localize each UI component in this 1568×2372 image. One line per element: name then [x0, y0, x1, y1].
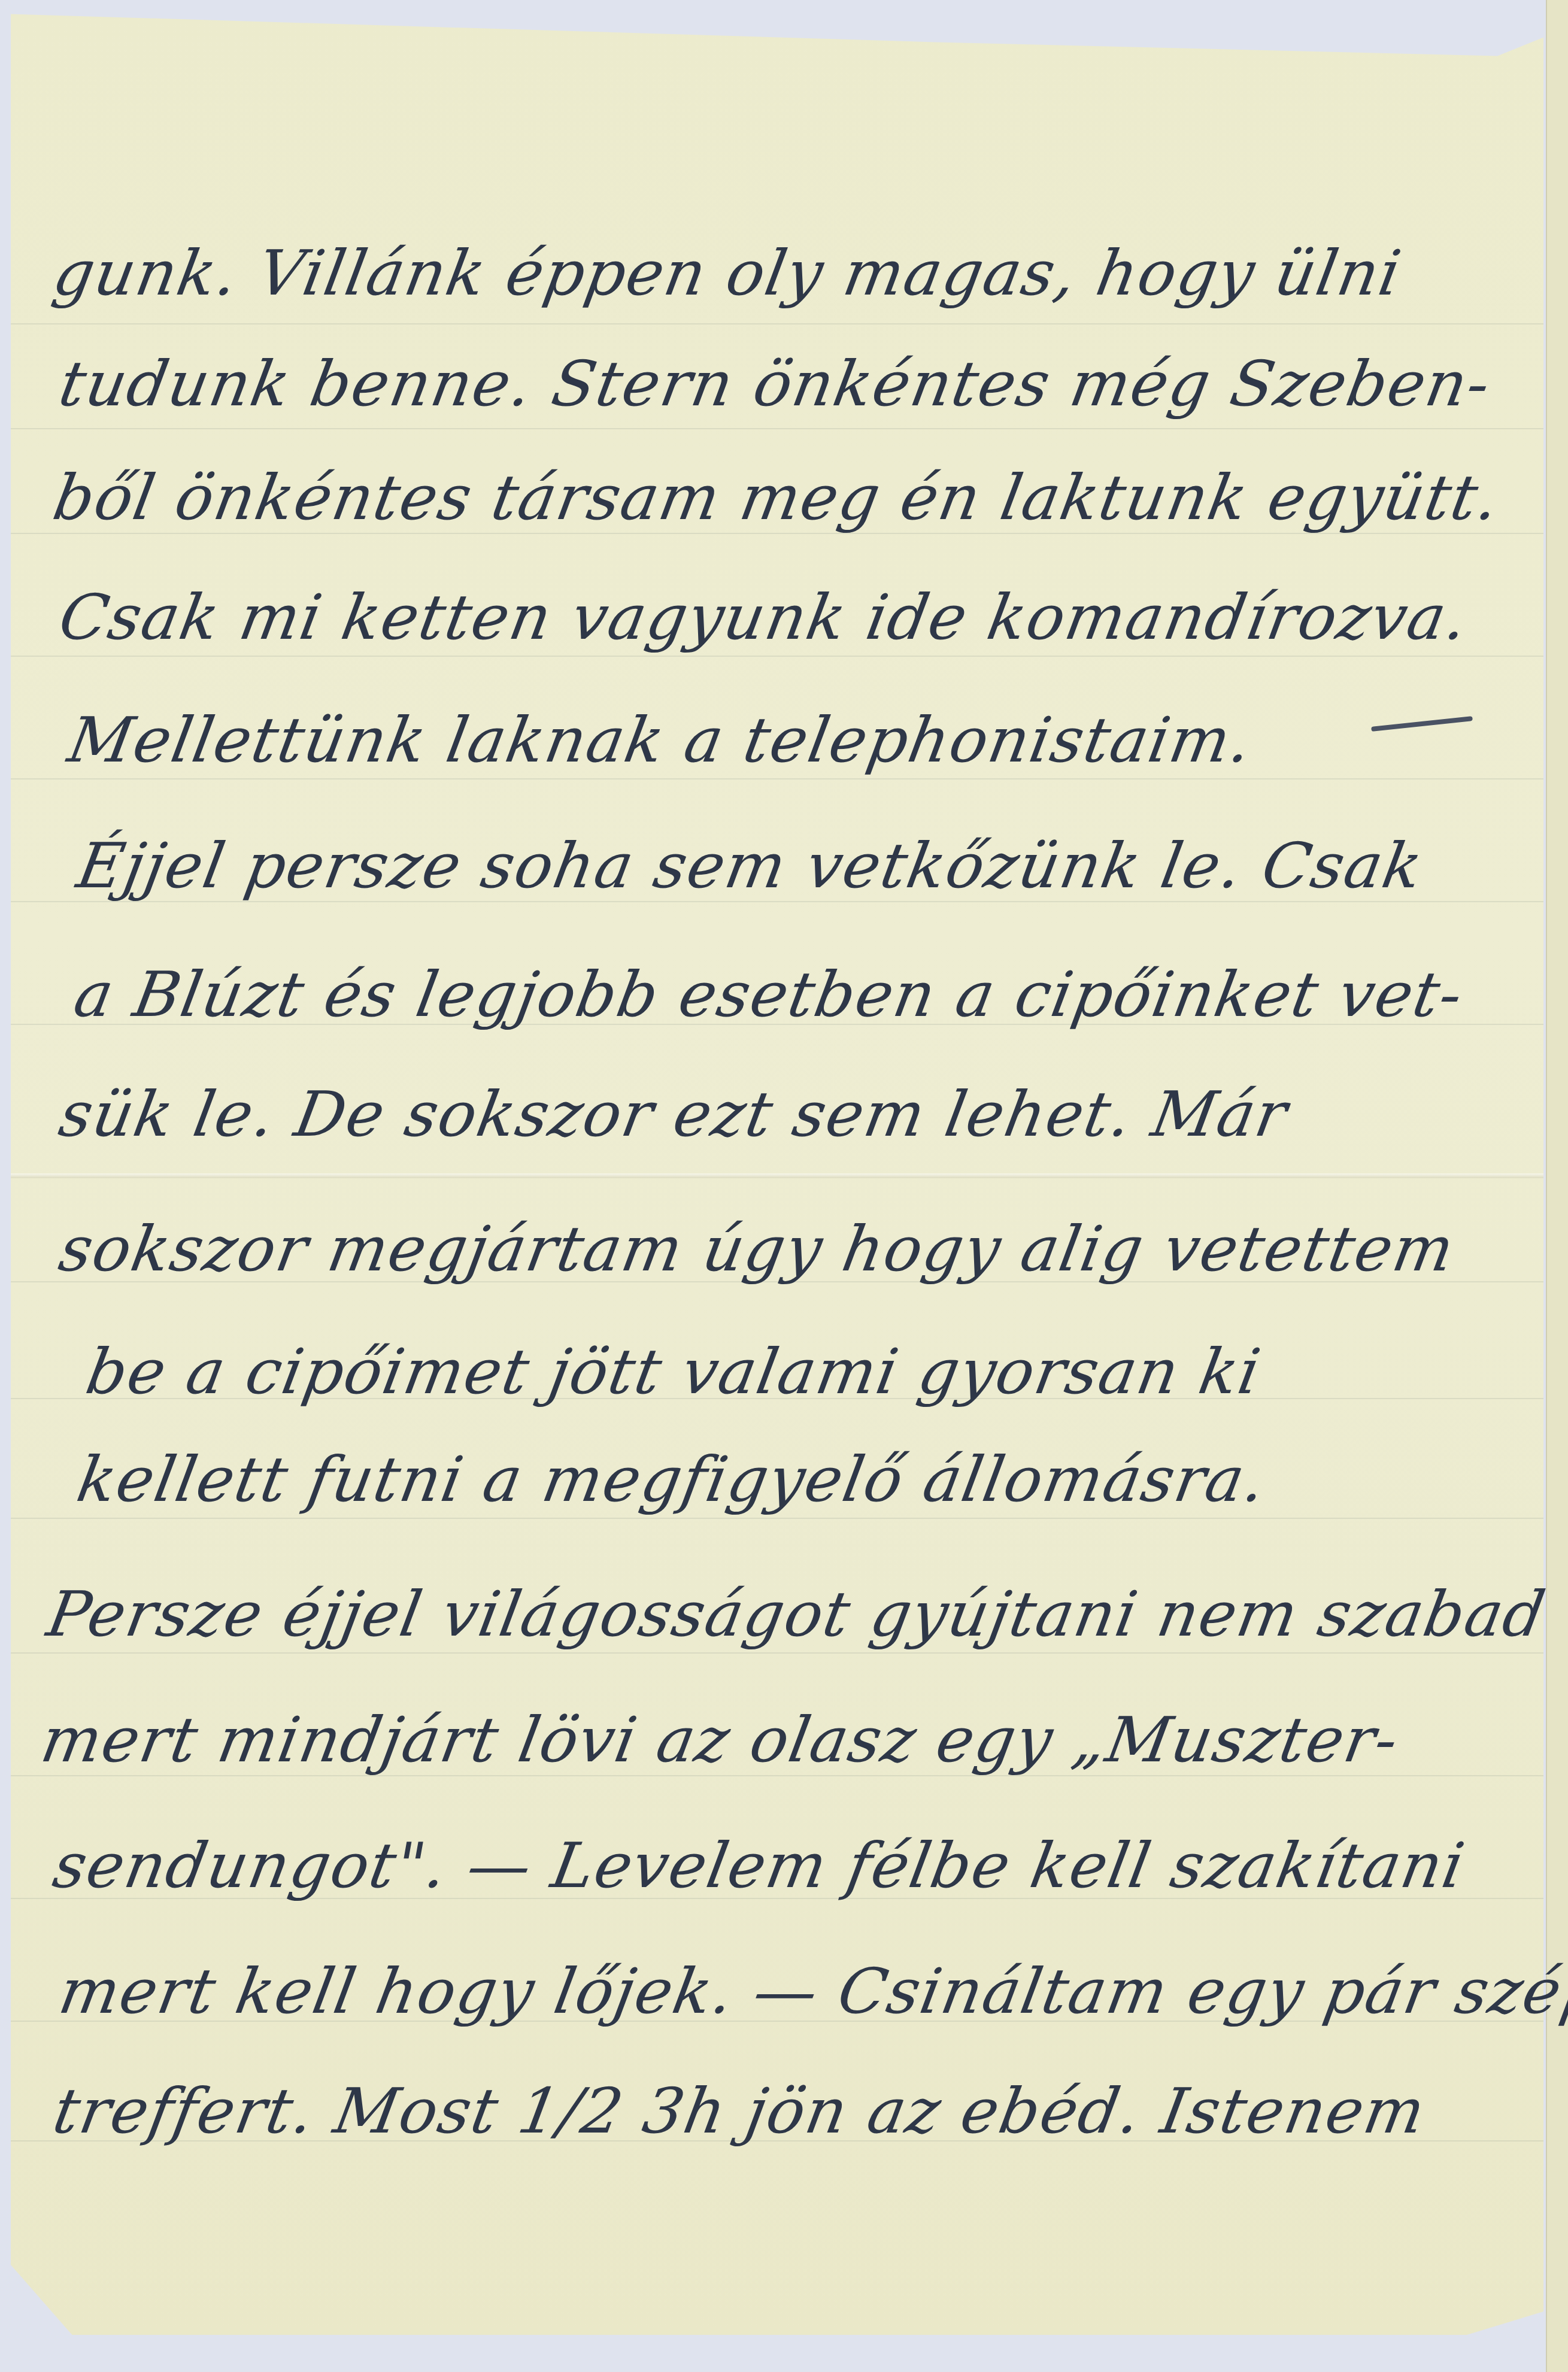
- handwritten-line: treffert. Most 1/2 3h jön az ebéd. Isten…: [48, 2074, 1431, 2147]
- handwritten-line: Mellettünk laknak a telephonistaim.: [63, 703, 1258, 776]
- handwritten-line: gunk. Villánk éppen oly magas, hogy ülni: [48, 236, 1407, 310]
- ruled-line: [11, 1652, 1543, 1654]
- handwritten-line: be a cipőimet jött valami gyorsan ki: [81, 1335, 1267, 1408]
- handwritten-line: sük le. De sokszor ezt sem lehet. Már: [54, 1078, 1294, 1151]
- handwritten-line: Éjjel persze soha sem vetkőzünk le. Csak: [72, 829, 1429, 902]
- handwritten-line: sokszor megjártam úgy hogy alig vetettem: [54, 1212, 1460, 1285]
- handwritten-line: ből önkéntes társam meg én laktunk együt…: [48, 461, 1505, 534]
- paper-fold-crease: [11, 1173, 1543, 1178]
- handwritten-line: Csak mi ketten vagyunk ide komandírozva.: [54, 581, 1474, 654]
- handwritten-line: tudunk benne. Stern önkéntes még Szeben-: [54, 347, 1497, 420]
- ruled-line: [11, 778, 1543, 779]
- handwritten-line: Persze éjjel világosságot gyújtani nem s…: [42, 1578, 1551, 1651]
- handwritten-line: mert mindjárt lövi az olasz egy „Muszter…: [36, 1703, 1405, 1776]
- ruled-line: [11, 1518, 1543, 1519]
- handwritten-line: kellett futni a megfigyelő állomásra.: [72, 1443, 1272, 1516]
- handwritten-line: sendungot". — Levelem félbe kell szakíta…: [48, 1829, 1470, 1902]
- handwritten-line: a Blúzt és legjobb esetben a cipőinket v…: [69, 958, 1469, 1031]
- ruled-line: [11, 656, 1543, 657]
- ruled-line: [11, 323, 1543, 324]
- ruled-line: [11, 428, 1543, 429]
- handwritten-line: mert kell hogy lőjek. — Csináltam egy pá…: [54, 1955, 1568, 2028]
